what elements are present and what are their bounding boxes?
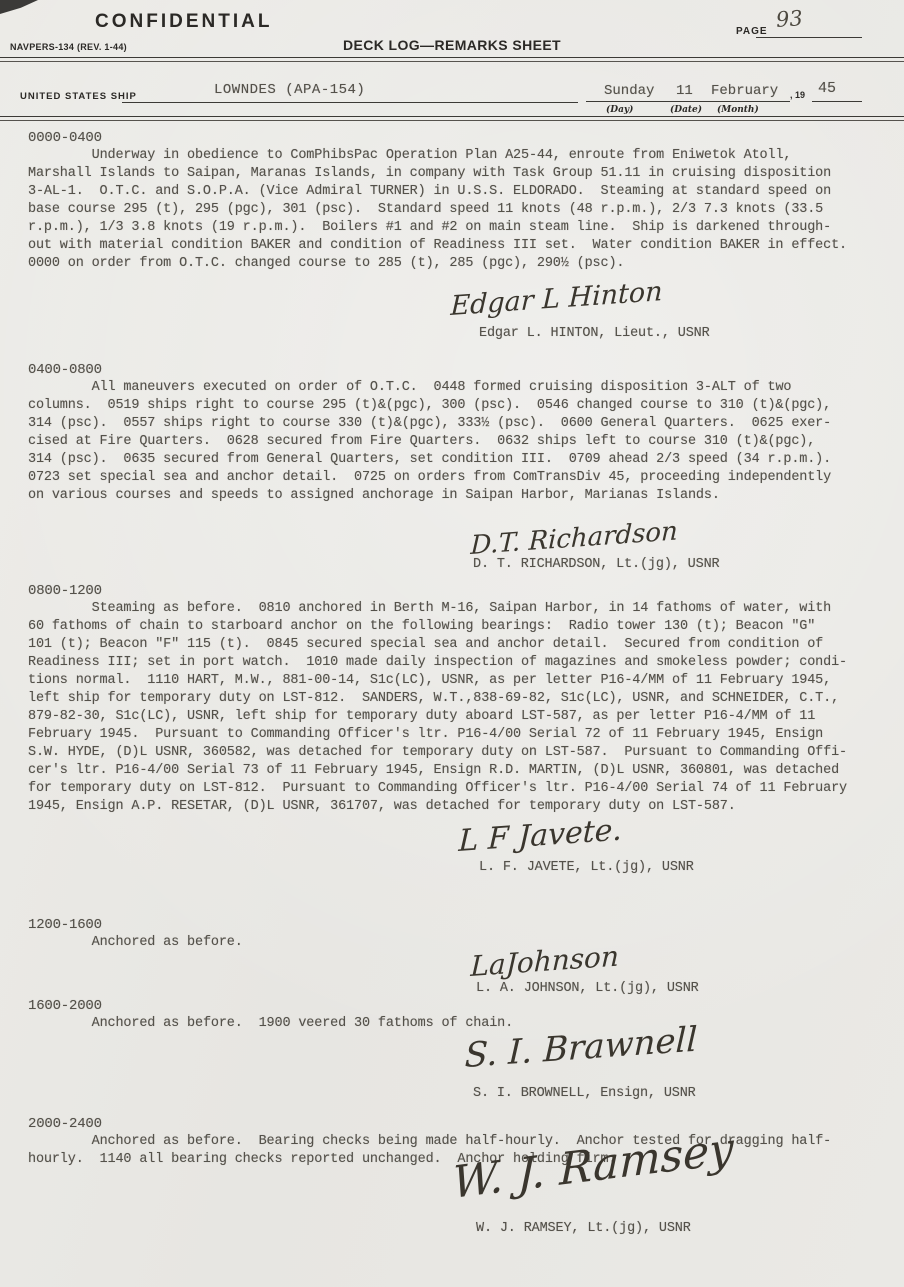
day-field-label: (Day) <box>606 105 633 115</box>
header-bottom-rule <box>0 116 904 121</box>
entry-1200-1600-time: 1200-1600 <box>28 917 102 933</box>
year-prefix: , 19 <box>790 90 805 100</box>
signature-typed-brownell: S. I. BROWNELL, Ensign, USNR <box>473 1086 696 1101</box>
date-field-label: (Date) <box>670 105 702 115</box>
page-number-handwritten: 93 <box>775 6 803 32</box>
entry-1600-2000-time: 1600-2000 <box>28 998 102 1014</box>
entry-0800-1200-time: 0800-1200 <box>28 583 102 599</box>
signature-handwritten-richardson: D.T. Richardson <box>470 516 678 561</box>
entry-0000-0400-text: Underway in obedience to ComPhibsPac Ope… <box>28 147 894 273</box>
month-field-label: (Month) <box>717 105 759 115</box>
signature-handwritten-hinton: Edgar L Hinton <box>450 276 663 322</box>
entry-2000-2400-time: 2000-2400 <box>28 1116 102 1132</box>
signature-typed-javete: L. F. JAVETE, Lt.(jg), USNR <box>479 860 694 875</box>
year-line <box>812 101 862 102</box>
signature-typed-richardson: D. T. RICHARDSON, Lt.(jg), USNR <box>473 557 720 572</box>
form-title: DECK LOG—REMARKS SHEET <box>0 37 904 53</box>
date-day-value: Sunday <box>604 83 654 99</box>
header-double-rule <box>0 57 904 62</box>
entry-1600-2000-text: Anchored as before. 1900 veered 30 fatho… <box>28 1015 894 1033</box>
entry-0800-1200-text: Steaming as before. 0810 anchored in Ber… <box>28 600 894 816</box>
date-month-value: February <box>711 83 778 99</box>
ship-name: LOWNDES (APA-154) <box>214 82 365 98</box>
date-year-value: 45 <box>818 80 836 97</box>
date-line <box>586 101 790 102</box>
signature-typed-ramsey: W. J. RAMSEY, Lt.(jg), USNR <box>476 1221 691 1236</box>
deck-log-remarks-sheet: CONFIDENTIAL PAGE 93 NAVPERS-134 (REV. 1… <box>0 0 904 1287</box>
classification-stamp: CONFIDENTIAL <box>95 11 272 33</box>
signature-typed-hinton: Edgar L. HINTON, Lieut., USNR <box>479 326 710 341</box>
entry-1200-1600-text: Anchored as before. <box>28 934 894 952</box>
signature-typed-johnson: L. A. JOHNSON, Lt.(jg), USNR <box>476 981 699 996</box>
date-date-value: 11 <box>676 83 693 99</box>
ship-label: UNITED STATES SHIP <box>20 91 137 102</box>
entry-0400-0800-text: All maneuvers executed on order of O.T.C… <box>28 379 894 505</box>
signature-handwritten-javete: L F Javete. <box>458 812 623 859</box>
page-label: PAGE <box>736 26 768 37</box>
entry-0000-0400-time: 0000-0400 <box>28 130 102 146</box>
entry-0400-0800-time: 0400-0800 <box>28 362 102 378</box>
ship-name-line <box>122 102 578 103</box>
scan-corner-artifact <box>0 0 38 14</box>
